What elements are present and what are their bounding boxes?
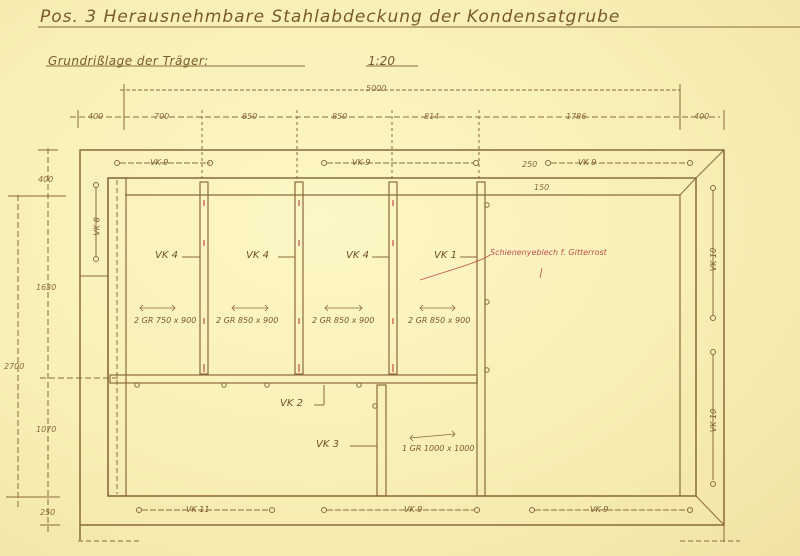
dim-h-5: 1786 <box>566 112 586 121</box>
dim-v-lower: 1070 <box>36 425 56 434</box>
drawing-title: Pos. 3 Herausnehmbare Stahlabdeckung der… <box>40 7 620 27</box>
grating-label-4: 2 GR 850 x 900 <box>408 316 470 325</box>
dim-detail-150: 150 <box>534 183 549 192</box>
drawing-subtitle: Grundrißlage der Träger: <box>48 54 209 68</box>
beam-label-vk10-lower: VK 10 <box>709 409 718 432</box>
drawing-scale: 1:20 <box>368 54 395 68</box>
red-annotation: Schienenyeblech f. Gitterrost <box>490 248 607 257</box>
beam-label-vk10-upper: VK 10 <box>709 248 718 271</box>
dim-h-6: 400 <box>694 112 709 121</box>
beam-label-vk9-top-right: VK 9 <box>578 158 596 167</box>
dim-v-overall: 2700 <box>4 362 24 371</box>
drawing-sheet: Pos. 3 Herausnehmbare Stahlabdeckung der… <box>0 0 800 556</box>
beam-label-vk4-a: VK 4 <box>155 250 178 261</box>
dim-h-3: 850 <box>332 112 347 121</box>
beam-label-vk4-b: VK 4 <box>246 250 269 261</box>
dim-v-top: 400 <box>38 175 53 184</box>
dim-v-upper: 1630 <box>36 283 56 292</box>
grating-label-lower: 1 GR 1000 x 1000 <box>402 444 474 453</box>
beam-label-vk3: VK 3 <box>316 439 339 450</box>
beam-label-vk9-bottom-mid: VK 9 <box>404 505 422 514</box>
beam-label-vk8: VK 8 <box>93 217 102 235</box>
dim-h-0: 400 <box>88 112 103 121</box>
dim-overall-width: 5000 <box>366 84 386 93</box>
dim-detail-250: 250 <box>522 160 537 169</box>
beam-label-vk11: VK 11 <box>186 505 209 514</box>
beam-label-vk9-bottom-right: VK 9 <box>590 505 608 514</box>
dim-v-bottom: 250 <box>40 508 55 517</box>
dim-h-4: 814 <box>424 112 439 121</box>
dim-h-2: 850 <box>242 112 257 121</box>
beam-label-vk1: VK 1 <box>434 250 457 261</box>
beam-label-vk2: VK 2 <box>280 398 303 409</box>
grating-label-3: 2 GR 850 x 900 <box>312 316 374 325</box>
grating-label-2: 2 GR 850 x 900 <box>216 316 278 325</box>
beam-label-vk4-c: VK 4 <box>346 250 369 261</box>
beam-label-vk9-top-left: VK 9 <box>150 158 168 167</box>
grating-label-1: 2 GR 750 x 900 <box>134 316 196 325</box>
plan-drawing <box>0 0 800 556</box>
dim-h-1: 700 <box>154 112 169 121</box>
beam-label-vk9-top-mid: VK 9 <box>352 158 370 167</box>
